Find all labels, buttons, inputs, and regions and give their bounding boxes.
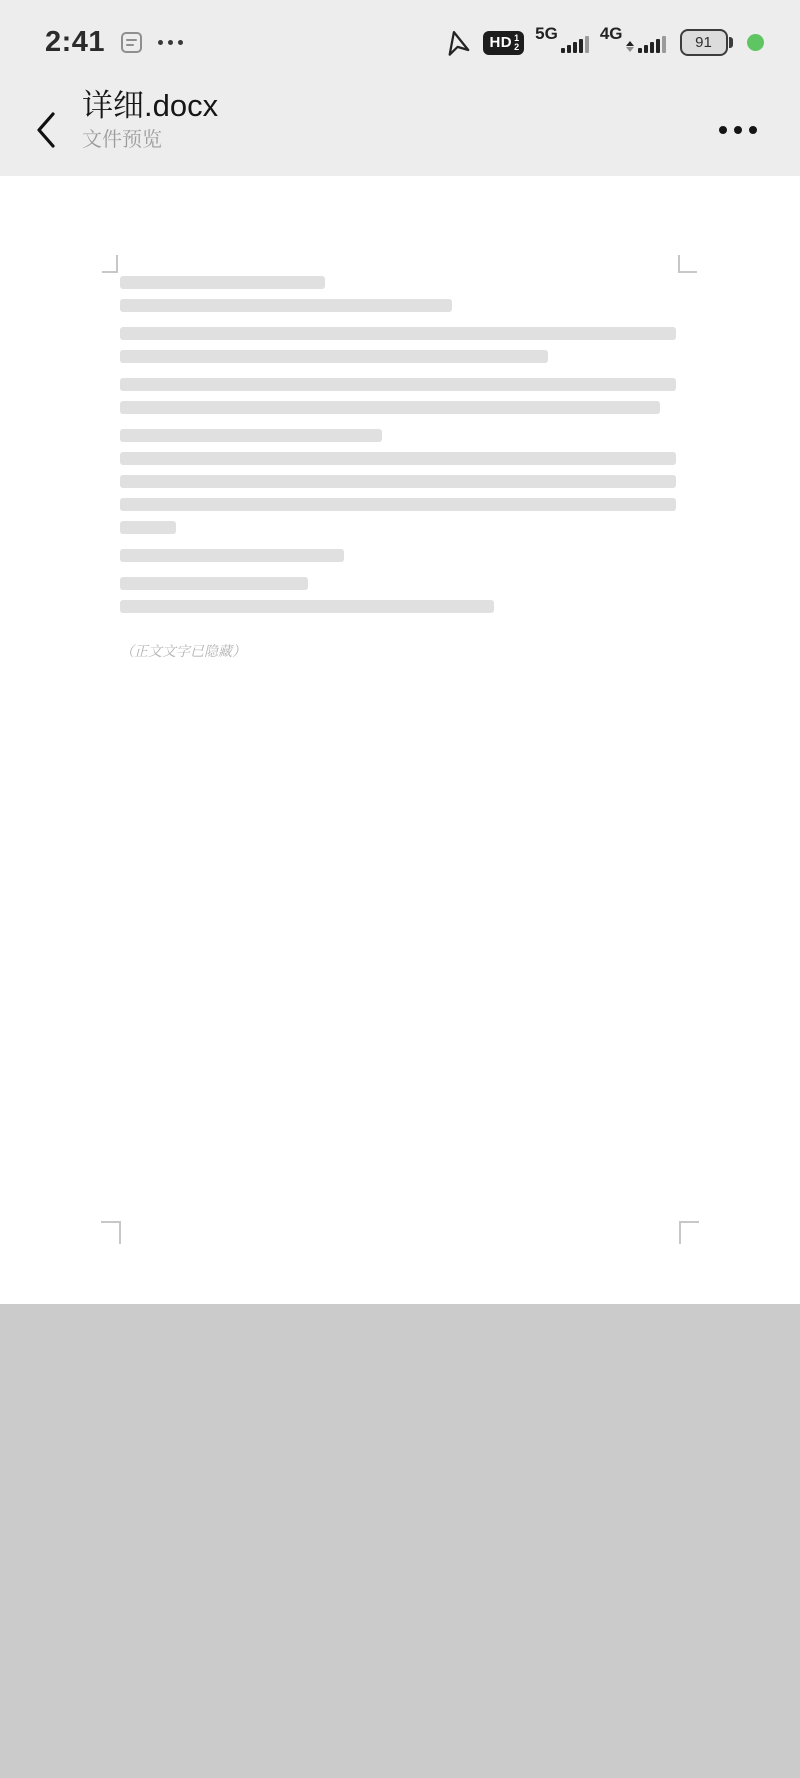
more-options-icon <box>734 126 742 134</box>
clock-time: 2:41 <box>45 26 105 59</box>
battery-nub <box>729 37 733 48</box>
redacted-text-line <box>120 401 660 414</box>
hd-label: HD <box>489 34 512 51</box>
status-bar: 2:41 HD <box>0 0 800 85</box>
document-body: （正文文字已隐藏） <box>120 276 678 661</box>
file-preview-header: 详细.docx 文件预览 <box>0 85 800 176</box>
phone-screen: 2:41 HD <box>0 0 800 1778</box>
status-bar-right: HD 1 2 5G 4G <box>443 0 764 85</box>
redacted-text-line <box>120 452 676 465</box>
page-margin-mark-top-left <box>102 255 118 273</box>
notes-icon-line <box>126 39 137 41</box>
header-title-block: 详细.docx 文件预览 <box>82 87 218 153</box>
redacted-paragraph <box>120 378 678 414</box>
file-preview-label: 文件预览 <box>82 127 218 153</box>
back-button[interactable] <box>24 103 68 157</box>
hd-voice-badge: HD 1 2 <box>483 31 524 55</box>
redacted-paragraph <box>120 577 678 613</box>
status-bar-left: 2:41 <box>45 0 183 85</box>
redacted-text-line <box>120 600 494 613</box>
ellipsis-dot <box>168 40 173 45</box>
redacted-text-line <box>120 327 676 340</box>
notes-icon-line <box>126 44 134 46</box>
sim1-signal: 5G <box>535 33 589 53</box>
hd-sim-bottom: 2 <box>514 43 519 52</box>
sim2-signal: 4G <box>600 33 666 53</box>
sim2-network-label: 4G <box>600 24 623 44</box>
download-arrow-icon <box>626 47 634 52</box>
redaction-notice: （正文文字已隐藏） <box>120 641 678 661</box>
battery-percent: 91 <box>695 34 712 51</box>
redacted-paragraph <box>120 276 678 312</box>
more-options-button[interactable] <box>712 113 764 147</box>
page-margin-mark-top-right <box>678 255 697 273</box>
file-title: 详细.docx <box>82 87 218 125</box>
top-chrome: 2:41 HD <box>0 0 800 176</box>
redacted-text-line <box>120 549 344 562</box>
redacted-text-line <box>120 276 325 289</box>
redacted-text-line <box>120 350 548 363</box>
sim1-signal-bars-icon <box>561 36 589 53</box>
sim2-signal-bars-icon <box>638 36 666 53</box>
redacted-paragraph <box>120 549 678 562</box>
notification-ellipsis-icon <box>158 40 183 45</box>
document-page[interactable]: （正文文字已隐藏） <box>0 176 800 1304</box>
notes-app-icon <box>121 32 142 53</box>
redacted-paragraph <box>120 429 678 534</box>
redacted-text-line <box>120 521 176 534</box>
page-margin-mark-bottom-right <box>679 1221 699 1244</box>
redacted-text-line <box>120 475 676 488</box>
redacted-text-line <box>120 498 676 511</box>
ellipsis-dot <box>158 40 163 45</box>
redacted-paragraph <box>120 327 678 363</box>
sim1-network-label: 5G <box>535 24 558 44</box>
ellipsis-dot <box>178 40 183 45</box>
page-margin-mark-bottom-left <box>101 1221 121 1244</box>
preview-footer-area <box>0 1304 800 1778</box>
battery-icon: 91 <box>680 29 734 56</box>
location-arrow-icon <box>441 26 474 59</box>
upload-arrow-icon <box>626 41 634 46</box>
privacy-indicator-dot <box>747 34 764 51</box>
redacted-text-line <box>120 299 452 312</box>
more-options-icon <box>749 126 757 134</box>
redacted-text-line <box>120 577 308 590</box>
back-chevron-icon <box>34 110 58 150</box>
data-transfer-arrows-icon <box>626 41 634 52</box>
redacted-text-line <box>120 378 676 391</box>
redacted-text-line <box>120 429 382 442</box>
hd-sim-numbers: 1 2 <box>514 34 519 52</box>
battery-body: 91 <box>680 29 728 56</box>
more-options-icon <box>719 126 727 134</box>
